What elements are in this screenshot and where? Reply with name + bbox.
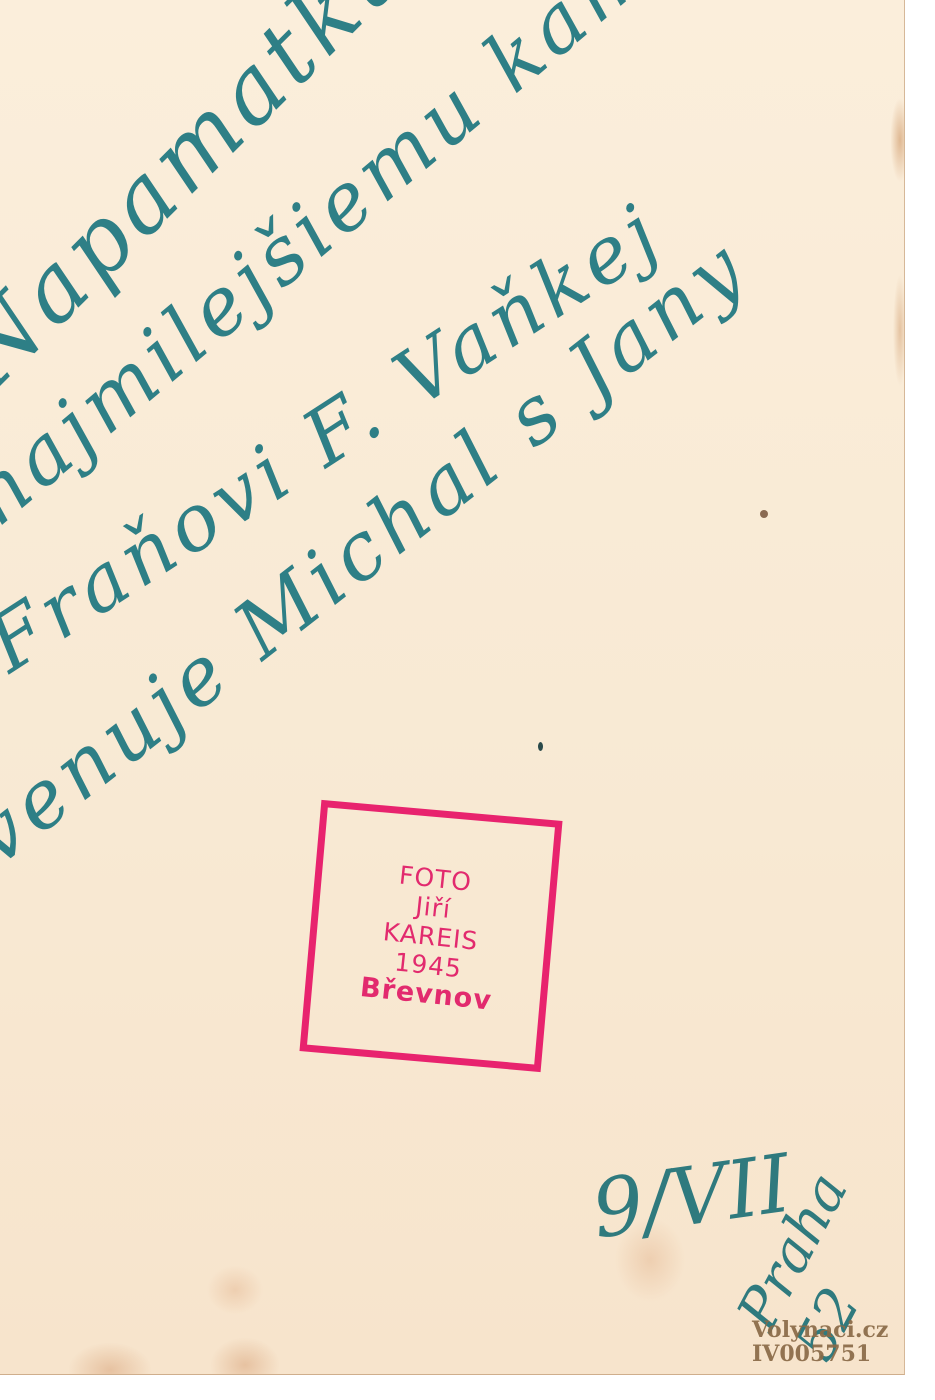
photographer-stamp: FOTO Jiří KAREIS 1945 Břevnov	[299, 800, 562, 1072]
stamp-line-place: Břevnov	[359, 972, 493, 1015]
stain-spot	[760, 510, 768, 518]
ink-dot	[538, 742, 543, 751]
postcard-back: Napamatku najmilejšiemu kam Fraňovi F. V…	[0, 0, 905, 1375]
stamp-line-foto: FOTO	[398, 860, 474, 896]
stamp-line-name: Jiří	[414, 891, 452, 924]
watermark: Volynaci.cz IV005751	[752, 1318, 888, 1366]
watermark-id: IV005751	[752, 1342, 888, 1366]
watermark-site: Volynaci.cz	[752, 1318, 888, 1342]
